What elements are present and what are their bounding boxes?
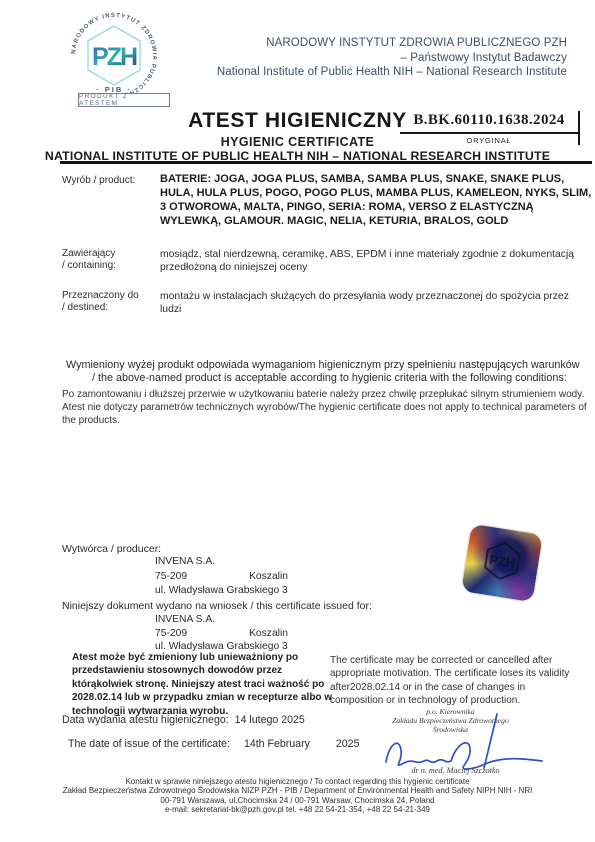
containing-label-en: / containing: [62, 260, 116, 272]
producer-street: ul. Władysława Grabskiego 3 [155, 585, 288, 596]
producer-name: INVENA S.A. [155, 556, 215, 567]
producer-postal-city: 75-209Koszalin [155, 571, 288, 582]
conditions-intro-pl: Wymieniony wyżej produkt odpowiada wymag… [66, 359, 580, 371]
signatory-role: p.o. Kierownika Zakładu Bezpieczeństwa Z… [348, 707, 553, 734]
applicant-label: Niniejszy dokument wydano na wniosek / t… [62, 600, 372, 612]
validity-text-pl: Atest może być zmieniony lub unieważnion… [72, 651, 334, 718]
containing-label-pl: Zawierający [62, 248, 116, 260]
hologram-sticker: PZH [461, 524, 543, 602]
producer-city: Koszalin [249, 571, 288, 582]
issue-date-en-label: The date of issue of the certificate: [68, 738, 230, 750]
product-label: Wyrób / product: [62, 175, 135, 187]
footer-address-line: 00-791 Warszawa, ul.Chocimska 24 / 00-79… [0, 796, 595, 805]
institute-subtitle-pl: – Państwowy Instytut Badawczy [217, 51, 567, 66]
issue-date-en-year: 2025 [336, 738, 360, 750]
footer-contact-line: Kontakt w sprawie niniejszego atestu hig… [0, 777, 595, 786]
issue-date-pl: Data wydania atestu higienicznego:14 lut… [62, 714, 305, 726]
signatory-role-line3: Środowiska [348, 725, 553, 734]
contact-footer: Kontakt w sprawie niniejszego atestu hig… [0, 777, 595, 815]
logo-monogram: PZH [92, 43, 137, 71]
footer-department-line: Zakład Bezpieczeństwa Zdrowotnego Środow… [0, 786, 595, 795]
destined-label-pl: Przeznaczony do [62, 290, 139, 302]
certificate-page: NARODOWY INSTYTUT ZDROWIA PUBLICZNEGO PZ… [0, 0, 595, 842]
applicant-city: Koszalin [249, 628, 288, 639]
pzh-logo: NARODOWY INSTYTUT ZDROWIA PUBLICZNEGO PZ… [58, 8, 170, 106]
issue-date-pl-label: Data wydania atestu higienicznego: [62, 714, 229, 726]
issue-date-pl-value: 14 lutego 2025 [235, 714, 305, 726]
logo-badge: PRODUKT Z ATESTEM [78, 93, 170, 107]
footer-email-phone-line: e-mail: sekretariat-bk@pzh.gov.pl tel. +… [0, 805, 595, 814]
issue-date-en: The date of issue of the certificate:14t… [68, 738, 359, 750]
destined-label-en: / destined: [62, 302, 139, 314]
destined-value: montażu w instalacjach służących do prze… [160, 290, 590, 316]
signatory-role-line2: Zakładu Bezpieczeństwa Zdrowotnego [348, 716, 553, 725]
hologram-pzh-mark: PZH [477, 536, 527, 586]
applicant-name: INVENA S.A. [155, 614, 215, 625]
signatory-role-line1: p.o. Kierownika [348, 707, 553, 716]
conditions-intro-en: / the above-named product is acceptable … [92, 372, 567, 384]
signatory-name: dr n. med. Maciej Szczotko [358, 766, 553, 775]
pzh-logo-seal: NARODOWY INSTYTUT ZDROWIA PUBLICZNEGO PZ… [58, 8, 170, 104]
containing-label: Zawierający / containing: [62, 248, 116, 272]
issue-date-en-value: 14th February [244, 738, 310, 750]
containing-value: mosiądz, stal nierdzewną, ceramikę, ABS,… [160, 248, 588, 274]
institute-name-pl: NARODOWY INSTYTUT ZDROWIA PUBLICZNEGO PZ… [217, 36, 567, 51]
institute-name-en: National Institute of Public Health NIH … [217, 65, 567, 80]
producer-postal: 75-209 [155, 571, 187, 582]
conditions-body: Po zamontowaniu i dłuższej przerwie w uż… [62, 388, 590, 427]
certificate-title-en: HYGIENIC CERTIFICATE [0, 135, 595, 149]
header-divider [60, 161, 592, 164]
validity-text-en: The certificate may be corrected or canc… [330, 654, 578, 708]
applicant-postal: 75-209 [155, 628, 187, 639]
producer-label: Wytwórca / producer: [62, 543, 161, 555]
applicant-postal-city: 75-209Koszalin [155, 628, 288, 639]
institute-header: NARODOWY INSTYTUT ZDROWIA PUBLICZNEGO PZ… [217, 36, 567, 80]
certificate-number: B.BK.60110.1638.2024 [400, 111, 578, 134]
destined-label: Przeznaczony do / destined: [62, 290, 139, 314]
svg-text:PZH: PZH [488, 552, 516, 571]
product-value: BATERIE: JOGA, JOGA PLUS, SAMBA, SAMBA P… [160, 172, 595, 228]
